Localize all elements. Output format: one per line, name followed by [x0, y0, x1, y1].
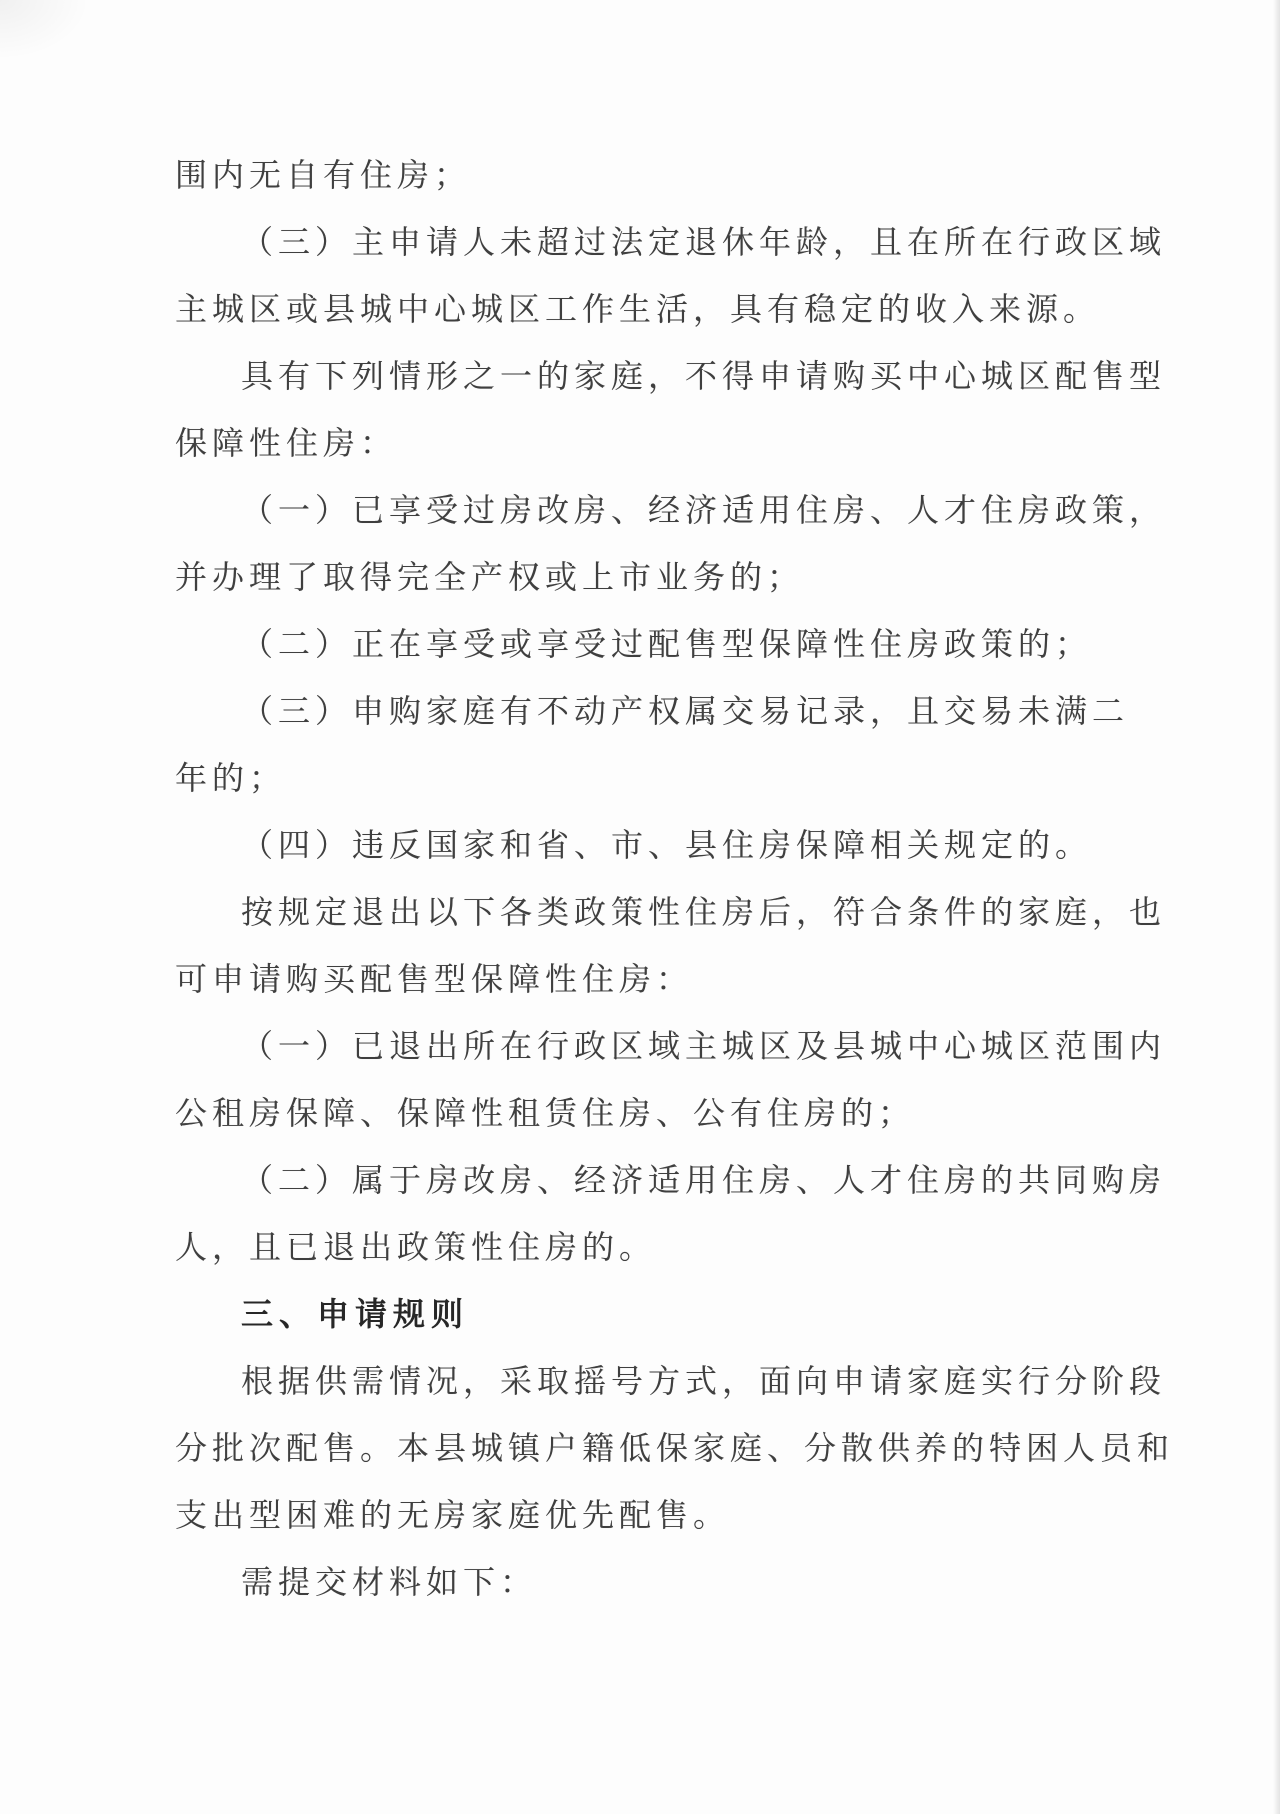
section-heading: 三、申请规则 — [175, 1281, 1135, 1348]
scan-edge-shadow — [1273, 0, 1280, 1814]
text-line: 围内无自有住房； — [175, 142, 1135, 209]
text-line: （一）已享受过房改房、经济适用住房、人才住房政策， — [175, 477, 1135, 544]
text-line: 需提交材料如下： — [175, 1549, 1135, 1616]
text-line: （二）属于房改房、经济适用住房、人才住房的共同购房 — [175, 1147, 1135, 1214]
text-line: 主城区或县城中心城区工作生活，具有稳定的收入来源。 — [175, 276, 1135, 343]
scan-corner-shade — [0, 0, 90, 60]
document-body: 围内无自有住房；（三）主申请人未超过法定退休年龄，且在所在行政区域主城区或县城中… — [175, 142, 1135, 1616]
text-line: （三）主申请人未超过法定退休年龄，且在所在行政区域 — [175, 209, 1135, 276]
scanned-document-page: 围内无自有住房；（三）主申请人未超过法定退休年龄，且在所在行政区域主城区或县城中… — [0, 0, 1280, 1814]
text-line: 按规定退出以下各类政策性住房后，符合条件的家庭，也 — [175, 879, 1135, 946]
text-line: 并办理了取得完全产权或上市业务的； — [175, 544, 1135, 611]
text-line: 分批次配售。本县城镇户籍低保家庭、分散供养的特困人员和 — [175, 1415, 1135, 1482]
text-line: 具有下列情形之一的家庭，不得申请购买中心城区配售型 — [175, 343, 1135, 410]
text-line: （一）已退出所在行政区域主城区及县城中心城区范围内 — [175, 1013, 1135, 1080]
text-line: （三）申购家庭有不动产权属交易记录，且交易未满二 — [175, 678, 1135, 745]
text-line: （四）违反国家和省、市、县住房保障相关规定的。 — [175, 812, 1135, 879]
text-line: 保障性住房： — [175, 410, 1135, 477]
text-line: 可申请购买配售型保障性住房： — [175, 946, 1135, 1013]
text-line: 人，且已退出政策性住房的。 — [175, 1214, 1135, 1281]
text-line: 年的； — [175, 745, 1135, 812]
text-line: 公租房保障、保障性租赁住房、公有住房的； — [175, 1080, 1135, 1147]
text-line: （二）正在享受或享受过配售型保障性住房政策的； — [175, 611, 1135, 678]
text-line: 根据供需情况，采取摇号方式，面向申请家庭实行分阶段 — [175, 1348, 1135, 1415]
text-line: 支出型困难的无房家庭优先配售。 — [175, 1482, 1135, 1549]
